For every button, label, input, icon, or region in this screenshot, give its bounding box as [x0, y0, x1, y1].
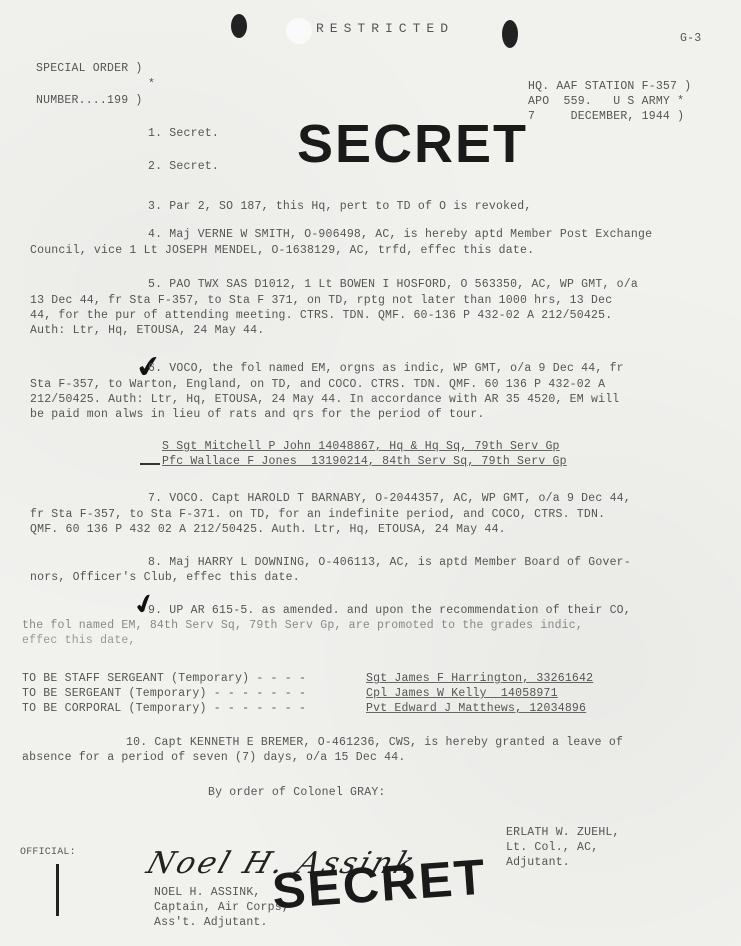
paragraph-5-line-1: 5. PAO TWX SAS D1012, 1 Lt BOWEN I HOSFO… [148, 278, 638, 292]
paragraph-9-line-2: the fol named EM, 84th Serv Sq, 79th Ser… [22, 619, 583, 633]
official-label: OFFICIAL: [20, 846, 76, 860]
paragraph-5-line-4: Auth: Ltr, Hq, ETOUSA, 24 May 44. [30, 324, 264, 338]
signer-name: ERLATH W. ZUEHL, [506, 826, 620, 840]
promotion-grade-2: TO BE SERGEANT (Temporary) - - - - - - - [22, 687, 306, 701]
paragraph-3: 3. Par 2, SO 187, this Hq, pert to TD of… [148, 200, 531, 214]
enlisted-man-1: S Sgt Mitchell P John 14048867, Hq & Hq … [162, 440, 560, 454]
paragraph-2: 2. Secret. [148, 160, 219, 174]
promotion-name-1: Sgt James F Harrington, 33261642 [366, 672, 593, 686]
promotion-name-2: Cpl James W Kelly 14058971 [366, 687, 558, 701]
date-line: 7 DECEMBER, 1944 ) [528, 110, 684, 124]
strike-dash [140, 463, 160, 465]
apo-line: APO 559. U S ARMY * [528, 95, 684, 109]
paragraph-7-line-2: fr Sta F-357, to Sta F-371. on TD, for a… [30, 508, 605, 522]
paragraph-5-line-2: 13 Dec 44, fr Sta F-357, to Sta F 371, o… [30, 294, 612, 308]
paragraph-4-line-2: Council, vice 1 Lt JOSEPH MENDEL, O-1638… [30, 244, 534, 258]
enlisted-man-2: Pfc Wallace F Jones 13190214, 84th Serv … [162, 455, 567, 469]
order-number: NUMBER....199 ) [36, 94, 143, 108]
promotion-grade-1: TO BE STAFF SERGEANT (Temporary) - - - - [22, 672, 306, 686]
secret-stamp-top: SECRET [297, 116, 528, 172]
paragraph-6-line-1: 6. VOCO, the fol named EM, orgns as indi… [148, 362, 624, 376]
official-rank: Captain, Air Corps, [154, 901, 289, 915]
order-star: * [148, 78, 155, 92]
promotion-grade-3: TO BE CORPORAL (Temporary) - - - - - - - [22, 702, 306, 716]
paragraph-4-line-1: 4. Maj VERNE W SMITH, O-906498, AC, is h… [148, 228, 652, 242]
secret-stamp-bottom: SECRET [270, 851, 488, 918]
station-line: HQ. AAF STATION F-357 ) [528, 80, 691, 94]
paragraph-6-line-3: 212/50425. Auth: Ltr, Hq, ETOUSA, 24 May… [30, 393, 619, 407]
official-name: NOEL H. ASSINK, [154, 886, 261, 900]
punch-hole-left [231, 14, 247, 38]
paragraph-8-line-2: nors, Officer's Club, effec this date. [30, 571, 300, 585]
paragraph-7-line-1: 7. VOCO. Capt HAROLD T BARNABY, O-204435… [148, 492, 631, 506]
signer-rank: Lt. Col., AC, [506, 841, 598, 855]
promotion-name-3: Pvt Edward J Matthews, 12034896 [366, 702, 586, 716]
paragraph-10-line-1: 10. Capt KENNETH E BREMER, O-461236, CWS… [126, 736, 623, 750]
paragraph-1: 1. Secret. [148, 127, 219, 141]
paragraph-9-line-1: 9. UP AR 615-5. as amended. and upon the… [148, 604, 631, 618]
paragraph-7-line-3: QMF. 60 136 P 432 02 A 212/50425. Auth. … [30, 523, 506, 537]
page-code: G-3 [680, 32, 701, 46]
paragraph-5-line-3: 44, for the pur of attending meeting. CT… [30, 309, 612, 323]
paragraph-6-line-4: be paid mon alws in lieu of rats and qrs… [30, 408, 484, 422]
official-title: Ass't. Adjutant. [154, 916, 268, 930]
paragraph-8-line-1: 8. Maj HARRY L DOWNING, O-406113, AC, is… [148, 556, 631, 570]
redaction-blot [286, 18, 312, 44]
paragraph-10-line-2: absence for a period of seven (7) days, … [22, 751, 405, 765]
classification-header: RESTRICTED [316, 22, 454, 36]
special-order-label: SPECIAL ORDER ) [36, 62, 143, 76]
official-mark [56, 864, 59, 916]
document-page: RESTRICTED G-3 SPECIAL ORDER ) * NUMBER.… [0, 0, 741, 946]
signer-title: Adjutant. [506, 856, 570, 870]
paragraph-9-line-3: effec this date, [22, 634, 136, 648]
punch-hole-right [502, 20, 518, 48]
by-order-line: By order of Colonel GRAY: [208, 786, 386, 800]
paragraph-6-line-2: Sta F-357, to Warton, England, on TD, an… [30, 378, 605, 392]
